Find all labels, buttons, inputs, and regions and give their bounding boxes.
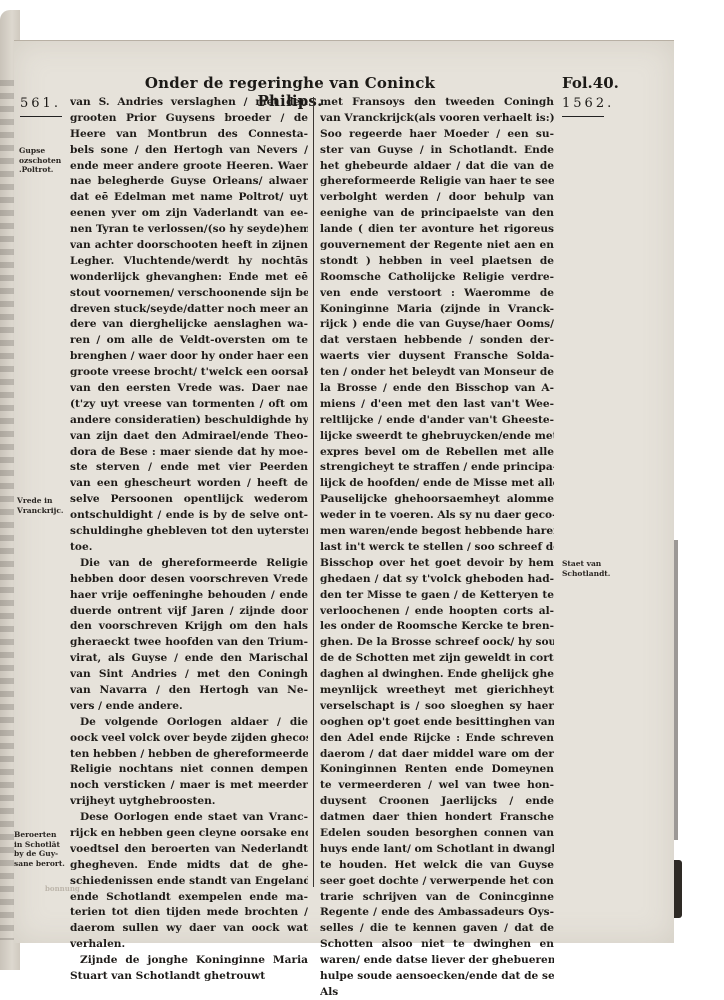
- text-line: van achter doorschooten heeft in zijnen: [70, 238, 308, 254]
- margin-note-line: ozschoten: [19, 156, 61, 166]
- text-line: schuldinghe ghebleven tot den uytersten: [70, 524, 308, 540]
- text-line: eenighe van de principaelste van den: [320, 206, 554, 222]
- text-line: rijck ) ende die van Guyse/haer Ooms/: [320, 317, 554, 333]
- text-line: met Fransoys den tweeden Coningh: [320, 95, 554, 111]
- text-line: van zijn daet den Admirael/ende Theo-: [70, 429, 308, 445]
- text-line: weder in te voeren. Als sy nu daer geco-: [320, 508, 554, 524]
- text-line: verloochenen / ende hoopten corts al-: [320, 604, 554, 620]
- text-line: wonderlijck ghevanghen: Ende met eē: [70, 270, 308, 286]
- text-line: miens / d'een met den last van't Wee-: [320, 397, 554, 413]
- text-line: andere consideratien) beschuldighde hy: [70, 413, 308, 429]
- text-line: groote vreese brocht/ t'welck een oorsak…: [70, 365, 308, 381]
- text-line: ren / om alle de Veldt-oversten om te: [70, 333, 308, 349]
- text-line: stondt ) hebben in veel plaetsen de: [320, 254, 554, 270]
- text-line: selve Persoonen opentlijck wederom: [70, 492, 308, 508]
- text-line: het ghebeurde aldaer / dat die van de: [320, 159, 554, 175]
- text-line: ende meer andere groote Heeren. Waer: [70, 159, 308, 175]
- text-line: selles / die te kennen gaven / dat de: [320, 921, 554, 937]
- text-line: hebben door desen voorschreven Vrede: [70, 572, 308, 588]
- text-line: van een ghescheurt worden / heeft de: [70, 476, 308, 492]
- text-line: van Sint Andries / met den Coningh: [70, 667, 308, 683]
- text-line: ghereformeerde Religie van haer te seer: [320, 174, 554, 190]
- margin-note-line: sane berort.: [14, 859, 65, 869]
- text-line: dere van dierghelijcke aenslaghen wa-: [70, 317, 308, 333]
- text-line: dat eē Edelman met name Poltrot/ uyt: [70, 190, 308, 206]
- text-line: brenghen / waer door hy onder haer een: [70, 349, 308, 365]
- text-line: Heere van Montbrun des Connesta-: [70, 127, 308, 143]
- margin-note-gupse: Gupse ozschoten .Poltrot.: [19, 146, 61, 175]
- text-line: van Navarra / den Hertogh van Ne-: [70, 683, 308, 699]
- text-line: voedtsel den beroerten van Nederlandt: [70, 842, 308, 858]
- text-line: dat verstaen hebbende / sonden der-: [320, 333, 554, 349]
- text-line: dora de Bese : maer siende dat hy moe-: [70, 445, 308, 461]
- text-line: den ter Misse te gaen / de Ketteryen te: [320, 588, 554, 604]
- text-line: ster van Guyse / in Schotlandt. Ende: [320, 143, 554, 159]
- text-line: Bisschop over het goet devoir by hem: [320, 556, 554, 572]
- text-line: verhalen.: [70, 937, 308, 953]
- text-line: ooghen op't goet ende besittinghen van: [320, 715, 554, 731]
- margin-note-line: Staet van: [562, 559, 610, 569]
- text-line: Dese Oorlogen ende staet van Vranc-: [70, 810, 308, 826]
- text-line: daghen al dwinghen. Ende ghelijck ghe-: [320, 667, 554, 683]
- text-line: ende Schotlandt exempelen ende ma-: [70, 890, 308, 906]
- text-line: Die van de ghereformeerde Religie: [70, 556, 308, 572]
- text-line: bels sone / den Hertogh van Nevers /: [70, 143, 308, 159]
- text-line: toe.: [70, 540, 308, 556]
- text-line: nae belegherde Guyse Orleans/ alwaer: [70, 174, 308, 190]
- text-line: les onder de Roomsche Kercke te bren-: [320, 619, 554, 635]
- text-line: expres bevel om de Rebellen met alle: [320, 445, 554, 461]
- text-line: vrijheyt uytghebroosten.: [70, 794, 308, 810]
- text-line: Als: [320, 985, 554, 1000]
- text-line: ven ende verstoort : Waeromme de: [320, 286, 554, 302]
- folio-number: Fol.40.: [562, 74, 619, 92]
- margin-note-vrede: Vrede in Vranckrijc.: [17, 496, 64, 515]
- text-column-right: met Fransoys den tweeden Coninghvan Vran…: [320, 95, 554, 1000]
- text-line: Religie nochtans niet connen dempen: [70, 762, 308, 778]
- text-line: lijck de hoofden/ ende de Misse met alle: [320, 476, 554, 492]
- text-line: ghedaen / dat sy t'volck gheboden had-: [320, 572, 554, 588]
- show-through-text: bonnung: [45, 884, 80, 893]
- text-column-left: van S. Andries verslaghen / met dengroot…: [70, 95, 308, 985]
- text-line: van Vranckrijck(als vooren verhaelt is:): [320, 111, 554, 127]
- text-line: waerts vier duysent Fransche Solda-: [320, 349, 554, 365]
- text-line: Edelen souden besorghen connen van: [320, 826, 554, 842]
- text-line: hulpe soude aensoecken/ende dat de selve: [320, 969, 554, 985]
- year-rule-left: [20, 116, 62, 117]
- text-line: dreven stuck/seyde/datter noch meer an-: [70, 302, 308, 318]
- text-line: la Brosse / ende den Bisschop van A-: [320, 381, 554, 397]
- text-line: schiedenissen ende standt van Engelandt: [70, 874, 308, 890]
- text-line: ten hebben / hebben de ghereformeerde: [70, 747, 308, 763]
- text-line: waren/ ende datse liever der ghebueren: [320, 953, 554, 969]
- text-line: noch versticken / maer is met meerder: [70, 778, 308, 794]
- text-line: lande ( dien ter avonture het rigoreus: [320, 222, 554, 238]
- margin-note-line: by de Guy-: [14, 849, 65, 859]
- text-line: reltlijcke / ende d'ander van't Gheeste-: [320, 413, 554, 429]
- margin-note-line: .Poltrot.: [19, 165, 61, 175]
- text-line: Zijnde de jonghe Koninginne Maria: [70, 953, 308, 969]
- text-line: nen Tyran te verlossen/(so hy seyde)hem: [70, 222, 308, 238]
- text-line: van S. Andries verslaghen / met den: [70, 95, 308, 111]
- book-cover-edge: [674, 860, 682, 918]
- text-line: rijck en hebben geen cleyne oorsake ende: [70, 826, 308, 842]
- text-line: ten / onder het beleydt van Monseur de: [320, 365, 554, 381]
- text-line: De volgende Oorlogen aldaer / die: [70, 715, 308, 731]
- year-rule-right: [562, 116, 604, 117]
- text-line: daerom / dat daer middel ware om der: [320, 747, 554, 763]
- text-line: Roomsche Catholijcke Religie verdre-: [320, 270, 554, 286]
- text-line: te houden. Het welck die van Guyse: [320, 858, 554, 874]
- text-line: eenen yver om zijn Vaderlandt van ee-: [70, 206, 308, 222]
- column-divider: [313, 97, 314, 887]
- text-line: Regente / ende des Ambassadeurs Oys-: [320, 905, 554, 921]
- margin-note-staet: Staet van Schotlandt.: [562, 559, 610, 578]
- text-line: huys ende lant/ om Schotlant in dwangh: [320, 842, 554, 858]
- text-line: stout voornemen/ verschoonende sijn be-: [70, 286, 308, 302]
- text-line: ontschuldight / ende is by de selve ont-: [70, 508, 308, 524]
- text-line: gouvernement der Regente niet aen en: [320, 238, 554, 254]
- year-marker-left: 561.: [20, 96, 61, 111]
- text-line: Schotten alsoo niet te dwinghen en: [320, 937, 554, 953]
- text-line: men waren/ende begost hebbende haren: [320, 524, 554, 540]
- text-line: duysent Croonen Jaerlijcks / ende: [320, 794, 554, 810]
- text-line: duerde ontrent vijf Jaren / zijnde door: [70, 604, 308, 620]
- text-line: verbolght werden / door behulp van: [320, 190, 554, 206]
- margin-note-line: Gupse: [19, 146, 61, 156]
- text-line: Soo regeerde haer Moeder / een su-: [320, 127, 554, 143]
- text-line: Koninginne Maria (zijnde in Vranck-: [320, 302, 554, 318]
- text-line: terien tot dien tijden mede brochten /: [70, 905, 308, 921]
- text-line: trarie schrijven van de Conincginne: [320, 890, 554, 906]
- margin-note-beroerten: Beroerten in Schotlāt by de Guy- sane be…: [14, 830, 65, 868]
- text-line: virat, als Guyse / ende den Marischal: [70, 651, 308, 667]
- text-line: den Adel ende Rijcke : Ende schreven: [320, 731, 554, 747]
- text-line: ghegheven. Ende midts dat de ghe-: [70, 858, 308, 874]
- margin-note-line: in Schotlāt: [14, 840, 65, 850]
- text-line: datmen daer thien hondert Fransche: [320, 810, 554, 826]
- text-line: van den eersten Vrede was. Daer nae: [70, 381, 308, 397]
- text-line: seer goet dochte / verwerpende het con-: [320, 874, 554, 890]
- text-line: Pauselijcke ghehoorsaemheyt alomme: [320, 492, 554, 508]
- text-line: de de Schotten met zijn geweldt in corte: [320, 651, 554, 667]
- text-line: gheraeckt twee hoofden van den Trium-: [70, 635, 308, 651]
- margin-note-line: Schotlandt.: [562, 569, 610, 579]
- text-line: (t'zy uyt vreese van tormenten / oft om: [70, 397, 308, 413]
- text-line: last in't werck te stellen / soo schreef…: [320, 540, 554, 556]
- text-line: grooten Prior Guysens broeder / de: [70, 111, 308, 127]
- text-line: Koninginnen Renten ende Domeynen: [320, 762, 554, 778]
- text-line: daerom sullen wy daer van oock wat: [70, 921, 308, 937]
- text-line: lijcke sweerdt te ghebruycken/ende met: [320, 429, 554, 445]
- margin-note-line: Vranckrijc.: [17, 506, 64, 516]
- text-line: te vermeerderen / wel van twee hon-: [320, 778, 554, 794]
- text-line: verselschapt is / soo sloeghen sy haer: [320, 699, 554, 715]
- text-line: den voorschreven Krijgh om den hals: [70, 619, 308, 635]
- margin-note-line: Beroerten: [14, 830, 65, 840]
- text-line: Stuart van Schotlandt ghetrouwt: [70, 969, 308, 985]
- text-line: ghen. De la Brosse schreef oock/ hy sou-: [320, 635, 554, 651]
- text-line: meynlijck wreetheyt met gierichheyt: [320, 683, 554, 699]
- text-line: haer vrije oeffeninghe behouden / ende: [70, 588, 308, 604]
- text-line: strengicheyt te straffen / ende principa…: [320, 460, 554, 476]
- text-line: vers / ende andere.: [70, 699, 308, 715]
- year-marker-right: 1562.: [562, 96, 614, 111]
- binding-shadow: [674, 540, 678, 840]
- text-line: oock veel volck over beyde zijden ghecos…: [70, 731, 308, 747]
- text-line: ste sterven / ende met vier Peerden: [70, 460, 308, 476]
- text-line: Legher. Vluchtende/werdt hy nochtās: [70, 254, 308, 270]
- margin-note-line: Vrede in: [17, 496, 64, 506]
